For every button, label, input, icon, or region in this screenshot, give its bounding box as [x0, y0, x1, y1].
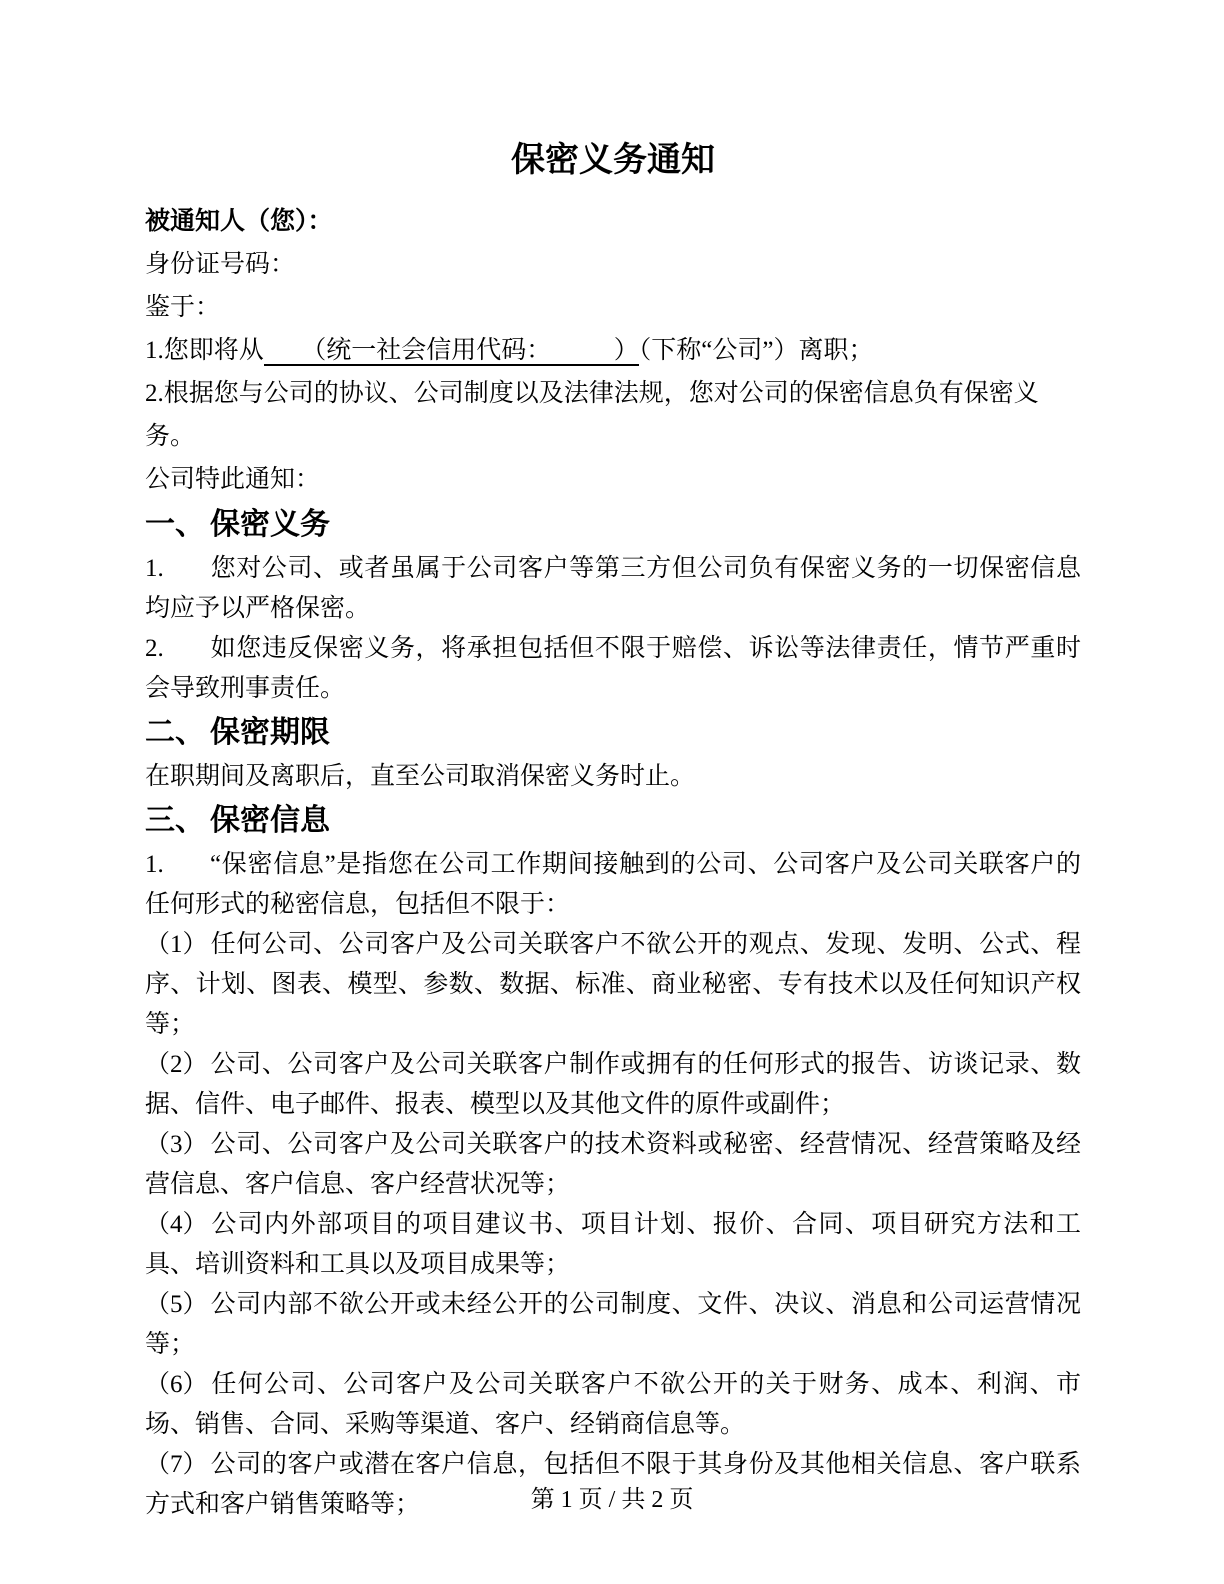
clause1-underlined-blank: （统一社会信用代码： ） — [264, 337, 639, 366]
item-number: （5） — [145, 1285, 210, 1325]
paragraph: （1）任何公司、公司客户及公司关联客户不欲公开的观点、发现、发明、公式、程序、计… — [145, 925, 1081, 1045]
paragraph: 1.您对公司、或者虽属于公司客户等第三方但公司负有保密义务的一切保密信息均应予以… — [145, 549, 1081, 629]
document-page: 保密义务通知 被通知人（您）： 身份证号码： 鉴于： 1.您即将从 （统一社会信… — [0, 0, 1224, 1584]
section-number: 一、 — [145, 501, 210, 549]
item-number: （4） — [145, 1205, 210, 1245]
clause-leaving-company: 1.您即将从 （统一社会信用代码： ）（下称“公司”）离职； — [145, 329, 1081, 372]
paragraph: （6）任何公司、公司客户及公司关联客户不欲公开的关于财务、成本、利润、市场、销售… — [145, 1365, 1081, 1445]
section-number: 三、 — [145, 797, 210, 845]
item-text: 公司、公司客户及公司关联客户的技术资料或秘密、经营情况、经营策略及经营信息、客户… — [145, 1131, 1081, 1198]
section-heading: 三、保密信息 — [145, 797, 1081, 845]
paragraph: （4）公司内外部项目的项目建议书、项目计划、报价、合同、项目研究方法和工具、培训… — [145, 1205, 1081, 1285]
section-title: 保密信息 — [210, 804, 330, 837]
clause1-suffix: （下称“公司”）离职； — [639, 337, 874, 364]
item-number: 2. — [145, 629, 210, 669]
item-text: 公司内部不欲公开或未经公开的公司制度、文件、决议、消息和公司运营情况等； — [145, 1291, 1081, 1358]
document-content: 保密义务通知 被通知人（您）： 身份证号码： 鉴于： 1.您即将从 （统一社会信… — [145, 138, 1081, 1525]
paragraph: 2.如您违反保密义务，将承担包括但不限于赔偿、诉讼等法律责任，情节严重时会导致刑… — [145, 629, 1081, 709]
paragraph: （3）公司、公司客户及公司关联客户的技术资料或秘密、经营情况、经营策略及经营信息… — [145, 1125, 1081, 1205]
clause-confidentiality-basis: 2.根据您与公司的协议、公司制度以及法律法规，您对公司的保密信息负有保密义务。 — [145, 372, 1081, 458]
section-confidential-information: 三、保密信息 1.“保密信息”是指您在公司工作期间接触到的公司、公司客户及公司关… — [145, 797, 1081, 1525]
paragraph: 1.“保密信息”是指您在公司工作期间接触到的公司、公司客户及公司关联客户的任何形… — [145, 845, 1081, 925]
document-title: 保密义务通知 — [145, 138, 1081, 184]
section-confidentiality-term: 二、保密期限 在职期间及离职后，直至公司取消保密义务时止。 — [145, 709, 1081, 797]
section-heading: 二、保密期限 — [145, 709, 1081, 757]
item-text: 如您违反保密义务，将承担包括但不限于赔偿、诉讼等法律责任，情节严重时会导致刑事责… — [145, 635, 1081, 702]
item-number: （7） — [145, 1445, 210, 1485]
item-number: 1. — [145, 549, 210, 589]
whereas-line: 鉴于： — [145, 286, 1081, 329]
item-number: （2） — [145, 1045, 210, 1085]
section-title: 保密义务 — [210, 508, 330, 541]
paragraph: （5）公司内部不欲公开或未经公开的公司制度、文件、决议、消息和公司运营情况等； — [145, 1285, 1081, 1365]
item-text: 您对公司、或者虽属于公司客户等第三方但公司负有保密义务的一切保密信息均应予以严格… — [145, 555, 1081, 622]
clause1-prefix: 1.您即将从 — [145, 337, 264, 364]
item-text: “保密信息”是指您在公司工作期间接触到的公司、公司客户及公司关联客户的任何形式的… — [145, 851, 1081, 918]
item-text: 公司内外部项目的项目建议书、项目计划、报价、合同、项目研究方法和工具、培训资料和… — [145, 1211, 1081, 1278]
paragraph: 在职期间及离职后，直至公司取消保密义务时止。 — [145, 757, 1081, 797]
section-title: 保密期限 — [210, 716, 330, 749]
item-number: （1） — [145, 925, 210, 965]
section-number: 二、 — [145, 709, 210, 757]
notice-line: 公司特此通知： — [145, 458, 1081, 501]
item-number: 1. — [145, 845, 210, 885]
section-heading: 一、保密义务 — [145, 501, 1081, 549]
item-text: 公司、公司客户及公司关联客户制作或拥有的任何形式的报告、访谈记录、数据、信件、电… — [145, 1051, 1081, 1118]
item-number: （3） — [145, 1125, 210, 1165]
item-number: （6） — [145, 1365, 210, 1405]
intro-block: 被通知人（您）： 身份证号码： 鉴于： 1.您即将从 （统一社会信用代码： ）（… — [145, 200, 1081, 501]
recipient-line: 被通知人（您）： — [145, 200, 1081, 243]
section-confidentiality-obligation: 一、保密义务 1.您对公司、或者虽属于公司客户等第三方但公司负有保密义务的一切保… — [145, 501, 1081, 709]
item-text: 任何公司、公司客户及公司关联客户不欲公开的观点、发现、发明、公式、程序、计划、图… — [145, 931, 1081, 1038]
item-text: 任何公司、公司客户及公司关联客户不欲公开的关于财务、成本、利润、市场、销售、合同… — [145, 1371, 1081, 1438]
paragraph: （2）公司、公司客户及公司关联客户制作或拥有的任何形式的报告、访谈记录、数据、信… — [145, 1045, 1081, 1125]
page-number-footer: 第 1 页 / 共 2 页 — [0, 1484, 1224, 1516]
id-number-line: 身份证号码： — [145, 243, 1081, 286]
